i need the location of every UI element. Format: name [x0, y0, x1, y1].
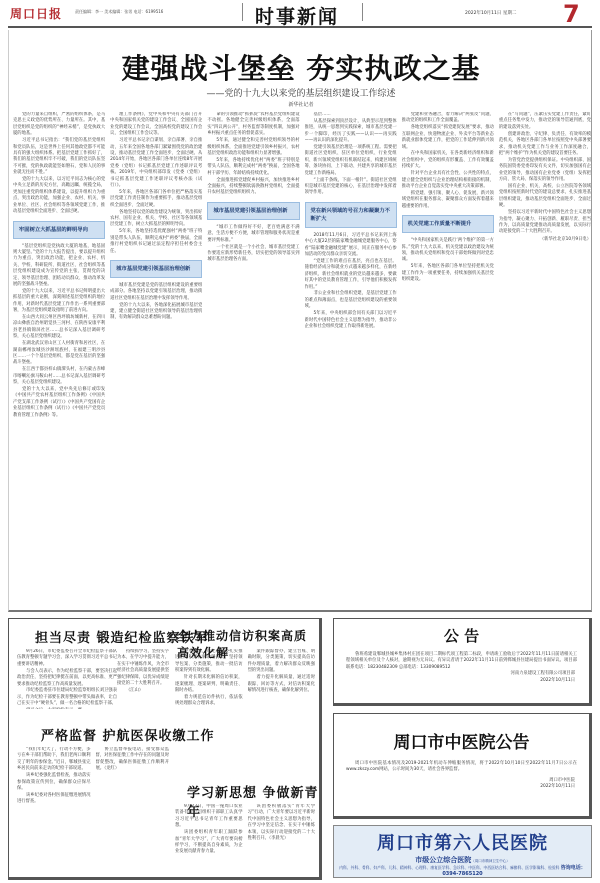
divider	[362, 3, 363, 21]
paragraph: 着力规范信访件执行，依法依规处理群众合理诉求。	[175, 695, 243, 708]
article-column: 持续抓学习，坚持实字为本、在学习中提升能力，在实干中锤炼作风，为全市经济社会高质…	[117, 649, 169, 709]
issue-date: 2022年10月11日 星期二	[465, 10, 516, 16]
paragraph: 5年来，各地区各部门各单位把严格落实基层党建工作责任制作为重要抓手，推动基层党组…	[110, 190, 202, 209]
section-subheading: 党在新兴领域的号召力和凝聚力不断扩大	[305, 202, 397, 228]
paragraph: 针对长期未化解的信访积案，逐案梳理、逐案研判、明确责任、限时办结。	[175, 675, 243, 694]
article-column: 今年以来，市纪委监委扎实推进信访积案化解攻坚行动，坚持领导包案、分类施策，推动一…	[175, 649, 243, 774]
paragraph: 非公企业和社会组织党建，是基层党建工作的难点和薄弱点，也是基层党组织建设的重要领…	[305, 291, 397, 310]
notice-title: 周口市中医院公告	[334, 728, 589, 753]
ad-tagline: （周口市精神卫生中心）	[471, 859, 510, 863]
divider	[242, 3, 243, 21]
paragraph: 9月23日，中国一拖周口农业装备有限公司组织干部职工认真学习习近平总书记青年工作…	[175, 804, 243, 830]
paragraph: 各地党组织落实“抓党建促发展”要求，推动互联网企业、快递物流企业、外卖平台等新业…	[402, 125, 494, 151]
paragraph: 2018年11月6日，习近平总书记来到上海中心大厦22层的陆家嘴金融城党建服务中…	[305, 233, 397, 259]
feature-column: 理工作条例》，党中央和中央有关部门召开中央和国家机关党的建设工作会议、全国国有企…	[110, 112, 202, 608]
paragraph: （江山）	[117, 688, 169, 694]
article-body: 9月26日，市纪委监委召开全市纪检监察干部队伍教育整顿专题学习会，深入学习贯彻习…	[17, 649, 117, 709]
paragraph: 在“写问题”，压紧压实党建工作责任，紧盯重点任务集中发力，推动党的领导贯通到底，…	[499, 112, 591, 131]
paragraph: 党建和业务融合，着力解决“两张皮”问题，推动党的组织和工作全面覆盖。	[402, 112, 494, 125]
paragraph: 案件跟踪督办，建立台账、明确时限，分类施策，切实提高信访件办理质量，着力解决群众…	[248, 649, 316, 675]
ad-title: 周口市第六人民医院	[334, 829, 591, 855]
paragraph: 与会人员表示，作为纪检监察干部，要坚决扛起政治责任，坚持把纪律挺在前面，以更高标…	[17, 669, 117, 688]
feature-headline: 建强战斗堡垒 夯实执政之基	[9, 47, 593, 87]
paragraph: 党的十九大以来，各地深化拓展城市基层党建，建立健全街道社区党组织领导的基层治理机…	[110, 303, 202, 322]
paragraph: 理工作条例》，党中央和中央有关部门召开中央和国家机关党的建设工作会议、全国国有企…	[110, 112, 202, 138]
paragraph: 党建引领基层治理是一项系统工程。需要把街道社区党组织、驻区单位党组织、行业党组织…	[305, 145, 397, 177]
article-body: 今年以来，市纪委监委扎实推进信访积案化解攻坚行动，坚持领导包案、分类施策，推动一…	[175, 649, 315, 774]
notice-body: 周口市中医院基本情况及2019-2021年机动车伸缩服务情况，将于2022年10…	[334, 761, 589, 774]
paragraph: 命的引领推动“抓抓促”农村基层党组织建设不动摇。各地健全完善村级组织体系，全面落…	[207, 112, 299, 138]
paragraph: 协立监督举报电话，接受群众监督，对医保征缴工作中存在的问题及时督促整改，确保医保…	[96, 747, 170, 773]
article-column: 9月23日，中国一拖周口农业装备有限公司组织干部职工认真学习习近平总书记青年工作…	[175, 804, 243, 872]
discipline-news-box: 担当尽责 锻造纪检监察铁军 9月26日，市纪委监委召开全市纪检监察干部队伍教育整…	[8, 618, 322, 880]
hospital-advertisement: 周口市第六人民医院 市级公立综合医院（周口市精神卫生中心） 内科、外科、骨科、妇…	[333, 825, 592, 878]
paragraph: 5年来，各地持续优化村“两委”班子特别是带头人队伍，顺利完成村“两委”换届，全国…	[207, 158, 299, 177]
paragraph: 该乡纪委强化监督检查，推动落实参保政策宣传到位，确保群众应保尽保。	[17, 773, 91, 792]
ad-subtitle-text: 市级公立综合医院	[415, 855, 471, 864]
paragraph: “我们年纪大了，行动不方便，多亏在乡干部们帮助下，我们老两口顺利交了明年的参保金…	[17, 747, 91, 773]
notice-body: 鲁班希建设郸城县城乡集体村庄团在项目二期标代项工程第二标段，申请竣工验收后于20…	[334, 652, 589, 671]
paragraph: 城市基层党建是党的基层组织建设的重要组成部分。各地坚持以党建引领基层治理，推动街…	[110, 283, 202, 302]
paragraph: 该乡纪委对各村医保征缴进展情况进行督查。	[17, 793, 91, 806]
paragraph: 今年以来，市纪委监委扎实推进信访积案化解攻坚行动，坚持领导包案、分类施策，推动一…	[175, 649, 243, 675]
article-body: 持续抓学习，坚持实字为本、在学习中提升能力，在实干中锤炼作风，为全市经济社会高质…	[117, 649, 169, 709]
feature-column: 党建和业务融合，着力解决“两张皮”问题，推动党的组织和工作全面覆盖。各地党组织落…	[402, 112, 494, 608]
paragraph: 着力提升化解质量，通过适时跟踪、回访等方式，对信访积案化解情况进行核查，确保化解…	[248, 675, 316, 694]
section-subheading: 城市基层党建引领基层治理创新	[207, 202, 299, 220]
dateline-credit: （新华社北京10月9日电）	[499, 236, 591, 242]
paragraph: “中央和国家机关是践行‘两个维护’的第一方阵。”党的十九大以来，机关党建以政治建…	[402, 238, 494, 264]
ad-departments-text: 内科、外科、骨科、妇产科、儿科、精神科、心理科、康复医学科、急诊科、中医科、中西…	[339, 865, 559, 870]
paragraph: 该团委组织青年职工踊跃参加“青年大学习”，广大青年要向榜样学习，不断提高自身素质…	[175, 830, 243, 856]
article-column: 该团委积极落实“青年大学习”行动，广大青年要以习近平新时代中国特色社会主义思想为…	[248, 804, 316, 872]
editor-credits: 责任编辑：李一 美术编辑：张男 电话：6199516	[75, 9, 163, 15]
paragraph: 市纪委监委驻市住建局纪检监察组组长刘卫强表示，作为纪检干部要在教育整顿中带头做表…	[17, 688, 117, 707]
paragraph: 全面推进抓党建促乡村振兴，加快推进乡村全面振兴，持续整顿软弱涣散村党组织，全面提…	[207, 178, 299, 197]
paragraph: 在江西于都县梓山镇潭头村，在内蒙古赤峰市喀喇沁旗马鞍山村……总书记深入基层调研考…	[13, 367, 105, 386]
ad-departments: 内科、外科、骨科、妇产科、儿科、精神科、心理科、康复医学科、急诊科、中医科、中西…	[334, 865, 591, 877]
section-subheading: 牢固树立大抓基层的鲜明导向	[13, 221, 105, 239]
paragraph: 党的十九大以来，以习近平同志为核心的党中央立足新的历史方位，高瞻远瞩、统揽全局，…	[13, 177, 105, 215]
public-notice: 公 告 鲁班希建设郸城县城乡集体村庄团在项目二期标代项工程第二标段，申请竣工验收…	[333, 618, 592, 706]
paragraph: 基层……	[305, 112, 397, 118]
paragraph: 从基层探索到顶层设计，从典型示范到整体推进，从统一思想到实践探索，城市基层党建一…	[305, 119, 397, 145]
feature-column: 党的力量来自组织，严密的组织体系，是马克思主义政党的优势所在、力量所在。其中，基…	[13, 112, 105, 608]
paragraph: 在中央和国家机关，在各类新经济组织和新社会组织中，党的组织有形覆盖、工作有效覆盖…	[402, 151, 494, 170]
section-subheading: 机关党建工作质量不断提升	[402, 215, 494, 233]
paragraph: 党的力量来自组织，严密的组织体系，是马克思主义政党的优势所在、力量所在。其中，基…	[13, 112, 105, 138]
paragraph: “城市工作做得好不好，老百姓满意不满意，生活方便不方便，城市管理和服务状况是重要…	[207, 225, 299, 244]
feature-byline: 新华社记者	[9, 101, 593, 108]
notice-date: 2022年10月11日	[334, 784, 589, 790]
feature-column: 命的引领推动“抓抓促”农村基层党组织建设不动摇。各地健全完善村级组织体系，全面落…	[207, 112, 299, 608]
article-column: “我们年纪大了，行动不方便，多亏在乡干部们帮助下，我们老两口顺利交了明年的参保金…	[17, 747, 91, 871]
ad-phone: 0394-7865120	[442, 871, 482, 877]
page-number: 7	[563, 0, 580, 28]
paragraph: “党建工作的难点在基层，亮点也在基层。随着经济成分和就业方式越来越多样化，在新经…	[305, 259, 397, 291]
paragraph: 为管党治党提供组织保证。中央组织部、国务院国资委党委印发有关文件，切实加强国有企…	[499, 158, 591, 184]
paragraph: 该团委积极落实“青年大学习”行动，广大青年要以习近平新时代中国特色社会主义思想为…	[248, 804, 316, 842]
paragraph: 国有企业、机关、高校、公立医院等各领域党组织按照新时代党的建设总要求，扎实推进基…	[499, 184, 591, 210]
paragraph: 学习之后，大家纷纷表示，要	[17, 708, 117, 709]
paragraph: 持续抓学习，坚持实字为本、在学习中提升能力，在实干中锤炼作风，为全市经济社会高质…	[117, 649, 169, 687]
paragraph: 党的十九大以来，党中央先后修订或印发《中国共产党农村基层组织工作条例》《中国共产…	[13, 387, 105, 419]
paragraph: “上面千条线，下面一根针”。街道社区党组织是城市基层党建的核心，在基层治理中发挥…	[305, 178, 397, 197]
paragraph: 各地坚持以党的政治建设为统领，突出抓好农村、国有企业、机关、学校、社区等各领域基…	[110, 210, 202, 229]
paragraph: 党的十九大以来，习近平总书记鲜明提出大抓基层的重大论断，深刻阐述基层党组织的地位…	[13, 289, 105, 315]
feature-columns: 党的力量来自组织，严密的组织体系，是马克思主义政党的优势所在、力量所在。其中，基…	[13, 112, 591, 608]
article-column: 案件跟踪督办，建立台账、明确时限，分类施策，切实提高信访件办理质量，着力解决群众…	[248, 649, 316, 774]
paragraph: 一个社区就是一个小社会，城市基层党建工作要适应新形势新任务，切实把党的领导落实到…	[207, 245, 299, 264]
paragraph: 在山西大同云州区西坪镇坊城新村、在四川凉山彝族自治州昭觉县三河村、在陕西安康平利…	[13, 315, 105, 341]
paragraph: 5年来，各地区各部门各单位坚持把机关党建工作作为一项重要任务，持续加强机关基层党…	[402, 264, 494, 283]
masthead: 周口日报 责任编辑：李一 美术编辑：张男 电话：6199516 时事新闻 202…	[0, 0, 600, 24]
feature-column: 在“写问题”，压紧压实党建工作责任，紧盯重点任务集中发力，推动党的领导贯通到底，…	[499, 112, 591, 608]
notice-date: 2022年10月11日	[334, 678, 589, 684]
article-title: 严格监督 护航医保收缴工作	[41, 725, 215, 744]
article-column: 协立监督举报电话，接受群众监督，对医保征缴工作中存在的问题及时督促整改，确保医保…	[96, 747, 170, 871]
paragraph: 抓党建、强引领、聚人心、促发展，新兴领域党组织在服务群众、凝聚群众方面发挥着越来…	[402, 191, 494, 210]
feature-subheadline: ——党的十九大以来党的基层组织建设工作综述	[9, 86, 593, 99]
paragraph: 针对平台企业具有社会性、公共性的特点，建立健全党组织与企业治理结构相衔接的机制，…	[402, 171, 494, 190]
paragraph: 5年来，中央组织部会同有关部门以习近平新时代中国特色社会主义思想为指导，推动非公…	[305, 311, 397, 330]
feature-article: 建强战斗堡垒 夯实执政之基 ——党的十九大以来党的基层组织建设工作综述 新华社记…	[8, 30, 592, 612]
feature-column: 基层……从基层探索到顶层设计，从典型示范到整体推进，从统一思想到实践探索，城市基…	[305, 112, 397, 608]
paragraph: 在湖北武汉青山区工人村街青和居社区，在湖南郴州汝城县沙洲瑶族村，在福建三明沙县区…	[13, 341, 105, 367]
newspaper-logo: 周口日报	[10, 5, 62, 22]
top-rule	[8, 26, 592, 28]
hospital-notice: 周口市中医院公告 周口市中医院基本情况及2019-2021年机动车伸缩服务情况，…	[333, 713, 592, 819]
paragraph: 5年来，通过健全和完善村党组织领导的村级组织体系，全面推进党建引领乡村振兴，农村…	[207, 138, 299, 157]
paragraph: 习近平总书记指出：“我们党的基层党组织和党员队伍，这是世界上任何其他政党都不可能…	[13, 138, 105, 176]
article-body: “我们年纪大了，行动不方便，多亏在乡干部们帮助下，我们老两口顺利交了明年的参保金…	[17, 747, 169, 871]
bottom-section: 担当尽责 锻造纪检监察铁军 9月26日，市纪委监委召开全市纪检监察干部队伍教育整…	[8, 618, 592, 880]
paragraph: 坚持以习近平新时代中国特色社会主义思想为指导，凝心聚力、开拓创新、履职尽责、担当…	[499, 210, 591, 236]
ad-phone-label: 咨询电话：	[561, 865, 586, 871]
article-column: 9月26日，市纪委监委召开全市纪检监察干部队伍教育整顿专题学习会，深入学习贯彻习…	[17, 649, 117, 709]
paragraph: 5年来，各地坚持选优配强村“两委”班子特别是带头人队伍，顺利完成村“两委”换届，…	[110, 229, 202, 255]
paragraph: 习近平总书记亲自谋划、亲自部署、亲自推动，五年来全国各地各部门紧紧围绕党的政治建…	[110, 138, 202, 189]
paragraph: 创建讲政治、守纪律、负责任、有效率的模范机关，各地区各部门各单位按照党中央部署要…	[499, 132, 591, 158]
ad-subtitle: 市级公立综合医院（周口市精神卫生中心）	[334, 855, 591, 865]
section-title: 时事新闻	[255, 2, 339, 29]
article-body: 9月23日，中国一拖周口农业装备有限公司组织干部职工认真学习习近平总书记青年工作…	[175, 804, 315, 872]
section-subheading: 城市基层党建引领基层治理创新	[110, 260, 202, 278]
notice-title: 公 告	[334, 625, 589, 646]
paragraph: “基层党组织是党执政大厦的地基，地基固则大厦坚。”党的十九大报告提出，要以提升组…	[13, 244, 105, 289]
paragraph: 9月26日，市纪委监委召开全市纪检监察干部队伍教育整顿专题学习会，深入学习贯彻习…	[17, 649, 117, 668]
